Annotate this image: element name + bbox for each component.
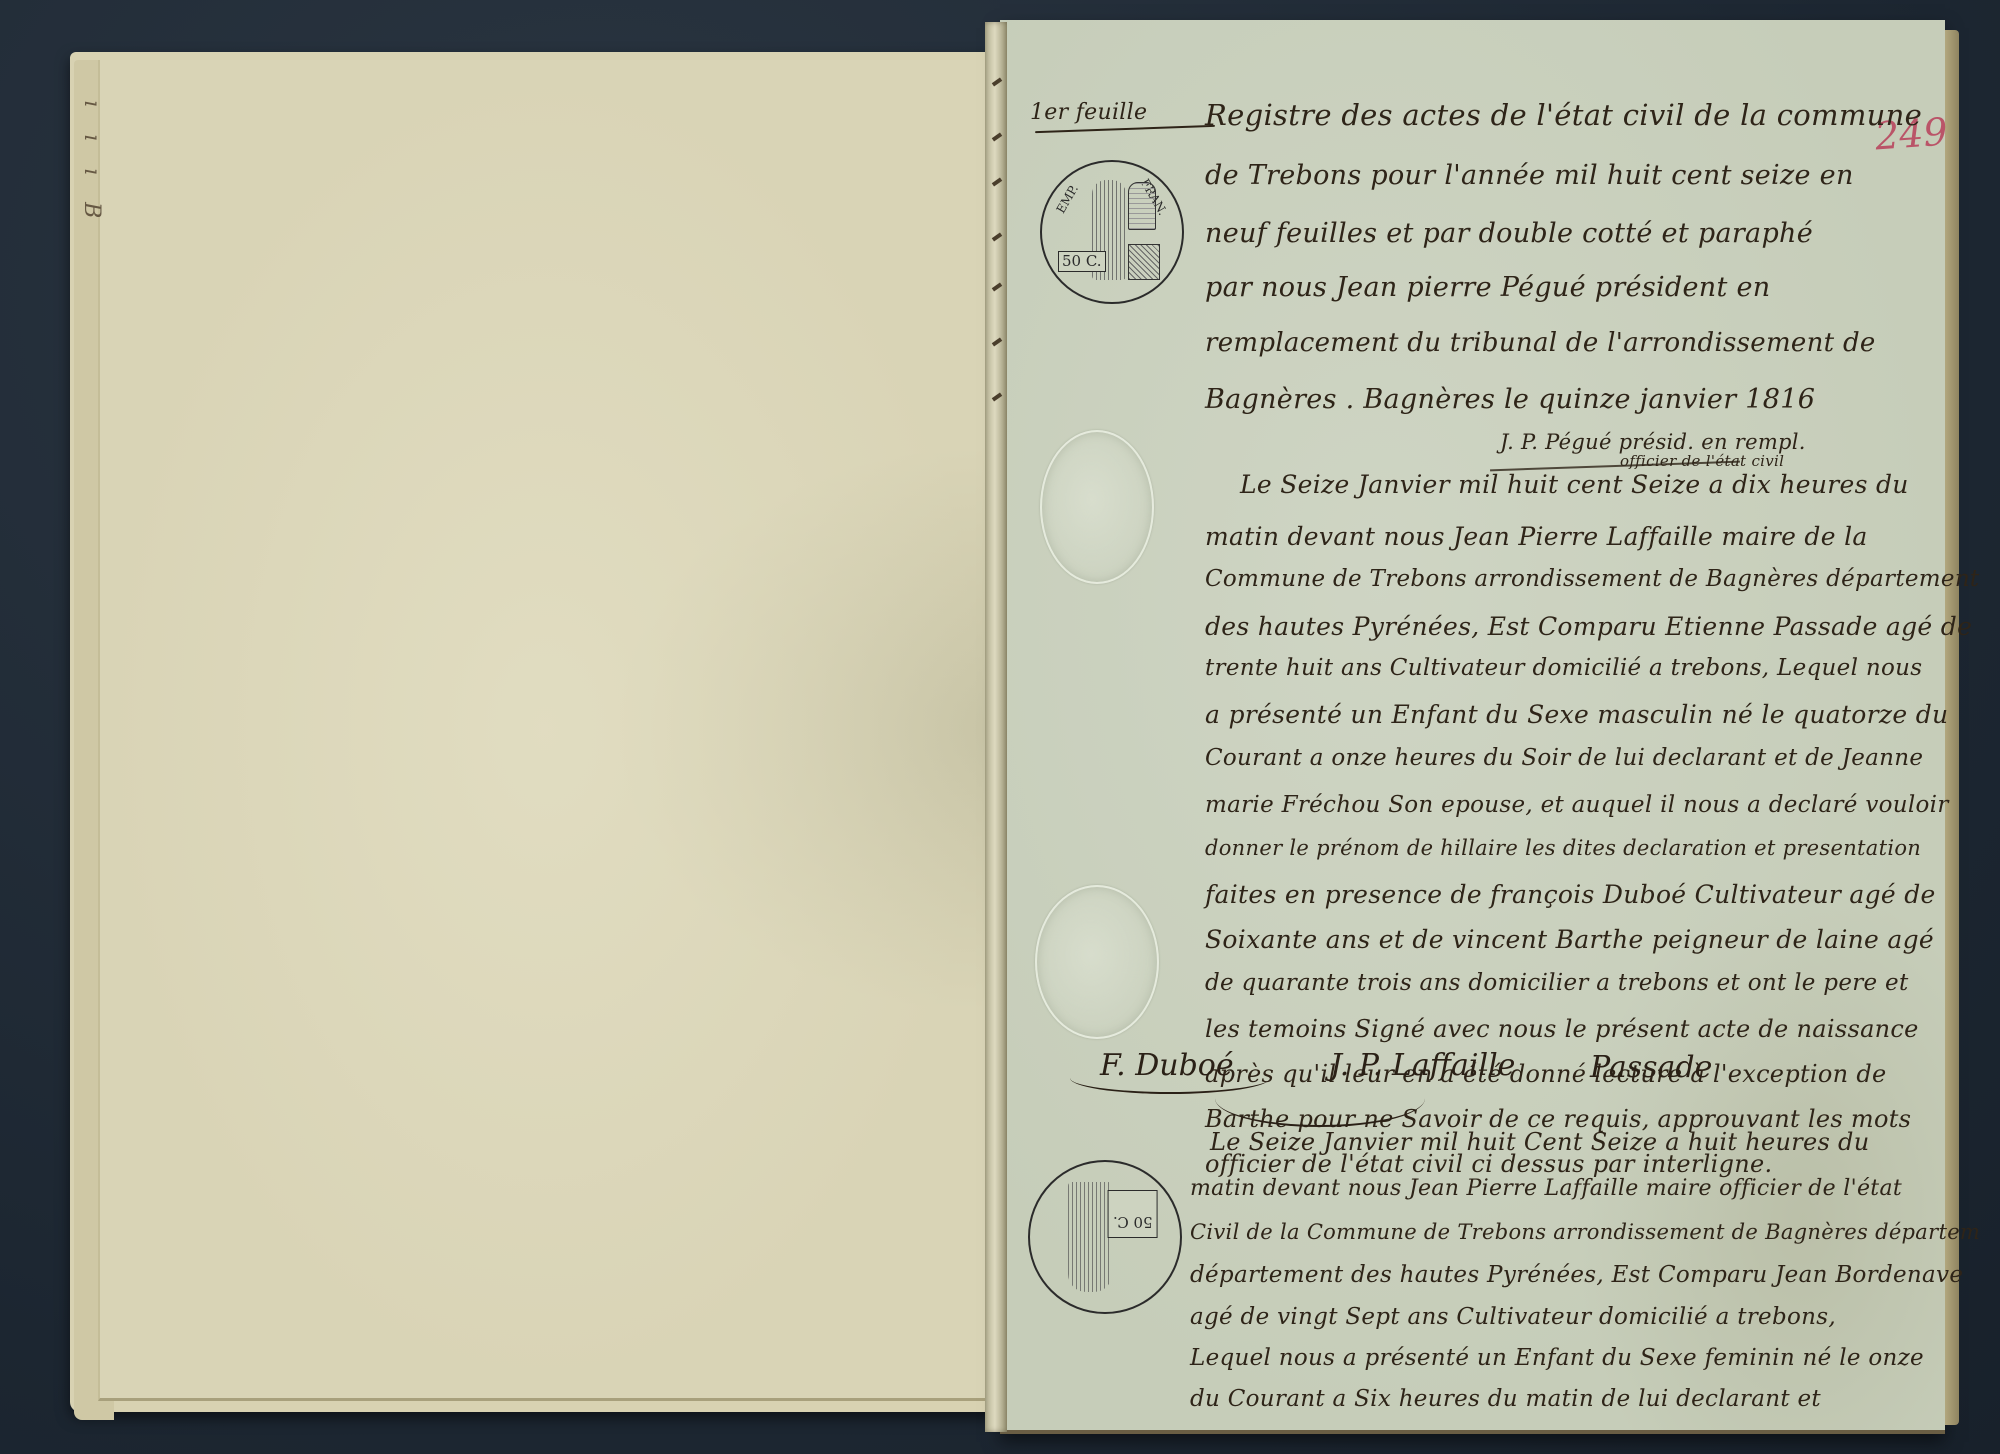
act-1-line: les temoins Signé avec nous le présent a…: [1205, 1015, 1919, 1043]
act-1-line: des hautes Pyrénées, Est Comparu Etienne…: [1205, 612, 1972, 641]
signature-flourish: [1215, 1070, 1425, 1127]
act-1-line: Le Seize Janvier mil huit cent Seize a d…: [1240, 470, 1909, 499]
left-margin-marks: ı ı ı B: [78, 100, 104, 400]
act-2-line: Lequel nous a présenté un Enfant du Sexe…: [1190, 1345, 1924, 1371]
embossed-seal-icon: [1035, 885, 1159, 1039]
act-1-line: trente huit ans Cultivateur domicilié a …: [1205, 655, 1922, 681]
act-1-line: donner le prénom de hillaire les dites d…: [1205, 836, 1921, 860]
signature-passade: Passade: [1590, 1050, 1712, 1085]
left-page-blank: [98, 60, 990, 1401]
stamp-value: 50 C.: [1108, 1190, 1158, 1238]
preamble-signature: J. P. Pégué présid. en rempl.: [1500, 430, 1806, 454]
act-2-line: du Courant a Six heures du matin de lui …: [1190, 1386, 1821, 1412]
act-1-line: matin devant nous Jean Pierre Laffaille …: [1205, 522, 1868, 551]
open-register-book: ı ı ı B 1er feuille 249 EMP. FRAN. 50 C.…: [0, 0, 2000, 1454]
act-2-line: Civil de la Commune de Trebons arrondiss…: [1190, 1220, 1980, 1244]
interlinear-insert: officier de l'état civil: [1620, 452, 1784, 470]
act-1-line: Commune de Trebons arrondissement de Bag…: [1205, 566, 1979, 592]
act-2-line: matin devant nous Jean Pierre Laffaille …: [1190, 1176, 1902, 1201]
preamble-line: Bagnères . Bagnères le quinze janvier 18…: [1205, 384, 1815, 415]
preamble-line: remplacement du tribunal de l'arrondisse…: [1205, 328, 1876, 358]
act-1-line: marie Fréchou Son epouse, et auquel il n…: [1205, 792, 1949, 818]
act-2-line: Le Seize Janvier mil huit Cent Seize a h…: [1210, 1128, 1869, 1156]
stamp-legend-left: EMP.: [1054, 182, 1081, 215]
act-1-line: Soixante ans et de vincent Barthe peigne…: [1205, 925, 1934, 954]
act-2-line: agé de vingt Sept ans Cultivateur domici…: [1190, 1304, 1836, 1330]
act-1-line: de quarante trois ans domicilier a trebo…: [1205, 970, 1909, 996]
embossed-seal-icon: [1040, 430, 1154, 584]
allegorical-figure-icon: [1068, 1182, 1112, 1292]
preamble-line: Registre des actes de l'état civil de la…: [1205, 98, 1922, 132]
act-1-line: faites en presence de françois Duboé Cul…: [1205, 880, 1936, 909]
tax-stamp-inverted-icon: 50 C.: [1028, 1160, 1182, 1314]
preamble-line: neuf feuilles et par double cotté et par…: [1205, 218, 1813, 249]
preamble-line: par nous Jean pierre Pégué président en: [1205, 272, 1770, 303]
stamp-value: 50 C.: [1058, 251, 1106, 272]
folio-label: 1er feuille: [1030, 100, 1147, 125]
tax-stamp-empire-icon: EMP. FRAN. 50 C.: [1040, 160, 1184, 304]
act-1-line: a présenté un Enfant du Sexe masculin né…: [1205, 700, 1948, 729]
eagle-icon: [1128, 244, 1160, 280]
act-1-line: Courant a onze heures du Soir de lui dec…: [1205, 745, 1923, 771]
act-2-line: département des hautes Pyrénées, Est Com…: [1190, 1262, 1963, 1288]
book-spine: [985, 22, 1007, 1432]
law-tablets-icon: [1128, 182, 1156, 230]
preamble-line: de Trebons pour l'année mil huit cent se…: [1205, 160, 1854, 191]
